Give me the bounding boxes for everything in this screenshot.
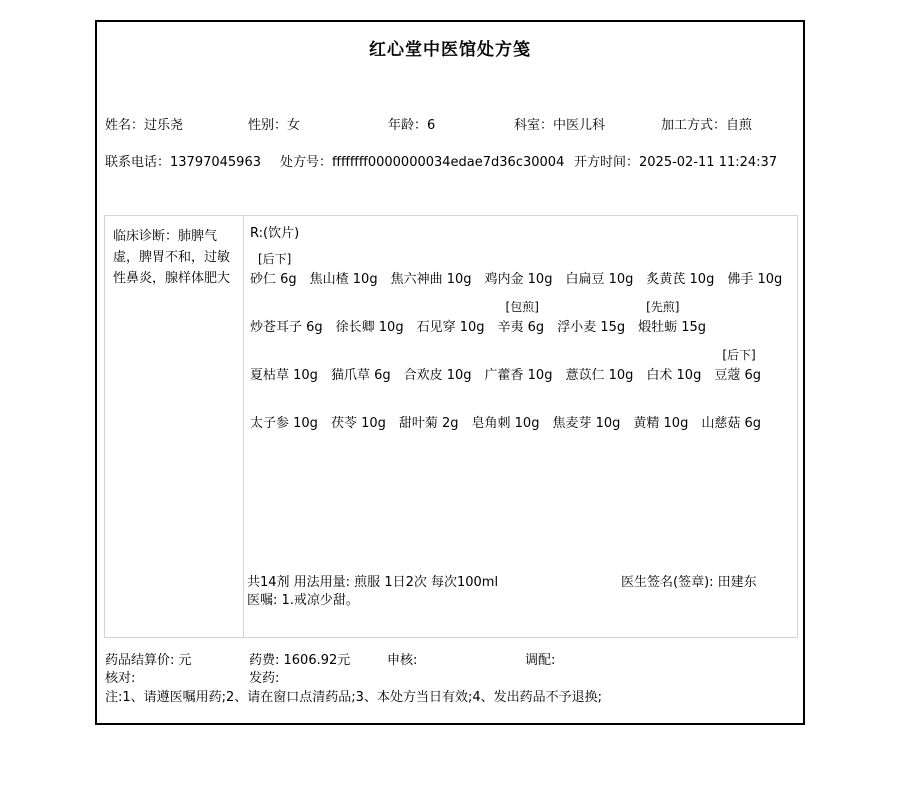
- herb-name-qty: 佛手 10g: [727, 270, 782, 290]
- diagnosis-label: 临床诊断：: [113, 229, 178, 244]
- patient-gender-field: 性别：女: [248, 114, 300, 133]
- herb-name-qty: 夏枯草 10g: [250, 366, 318, 386]
- issue-time-label: 开方时间：: [574, 155, 639, 170]
- herb-item: 茯苓 10g: [331, 392, 386, 434]
- herb-decoction-note: [485, 248, 553, 270]
- patient-age-value: 6: [427, 118, 435, 133]
- patient-name-field: 姓名：过乐尧: [105, 114, 183, 133]
- herb-decoction-note: [250, 344, 318, 366]
- herb-row: 夏枯草 10g 猫爪草 6g 合欢皮 10g 广藿香 10g 薏苡仁 10g 白…: [250, 344, 793, 386]
- herb-decoction-note: [331, 392, 386, 414]
- herb-decoction-note: [417, 296, 485, 318]
- herb-item: 黄精 10g: [633, 392, 688, 434]
- herb-decoction-note: [646, 344, 701, 366]
- herb-decoction-note: [250, 296, 323, 318]
- herb-item: 焦麦芽 10g: [552, 392, 620, 434]
- herb-item: 焦山楂 10g: [310, 248, 378, 290]
- herb-item: 石见穿 10g: [417, 296, 485, 338]
- herb-decoction-note: [包煎]: [498, 296, 545, 318]
- herb-name-qty: 太子参 10g: [250, 414, 318, 434]
- herb-decoction-note: [336, 296, 404, 318]
- rx-number-label: 处方号：: [280, 155, 332, 170]
- page-title: 红心堂中医馆处方笺: [97, 35, 803, 60]
- herb-item: 皂角刺 10g: [472, 392, 540, 434]
- patient-name-label: 姓名：: [105, 118, 144, 133]
- herb-item: 甜叶菊 2g: [399, 392, 459, 434]
- herb-name-qty: 猫爪草 6g: [331, 366, 391, 386]
- herb-item: 太子参 10g: [250, 392, 318, 434]
- patient-age-field: 年龄：6: [388, 114, 435, 133]
- herb-item: [后下]豆蔻 6g: [714, 344, 761, 386]
- fee-value: 1606.92元: [284, 653, 351, 668]
- check-label: 核对:: [105, 671, 135, 686]
- settle-price-label: 药品结算价:: [105, 653, 179, 668]
- doctor-advice: 医嘱: 1.戒凉少甜。: [247, 592, 617, 610]
- herb-name-qty: 炙黄芪 10g: [646, 270, 714, 290]
- processing-method-label: 加工方式：: [661, 118, 726, 133]
- herb-name-qty: 合欢皮 10g: [404, 366, 472, 386]
- settle-price-field: 药品结算价: 元: [105, 649, 192, 668]
- rx-number-value: ffffffff0000000034edae7d36c30004: [332, 155, 564, 170]
- herb-decoction-note: [391, 248, 472, 270]
- dispense-label: 发药:: [249, 671, 279, 686]
- rx-number-field: 处方号：ffffffff0000000034edae7d36c30004: [280, 151, 564, 170]
- patient-gender-label: 性别：: [248, 118, 287, 133]
- herb-item: 合欢皮 10g: [404, 344, 472, 386]
- rx-header: R:(饮片): [250, 226, 793, 242]
- patient-department-value: 中医儿科: [553, 118, 605, 133]
- fee-label: 药费:: [249, 653, 284, 668]
- herb-decoction-note: [472, 392, 540, 414]
- herb-name-qty: 鸡内金 10g: [485, 270, 553, 290]
- herb-item: 炙黄芪 10g: [646, 248, 714, 290]
- herb-item: 广藿香 10g: [485, 344, 553, 386]
- patient-department-label: 科室：: [514, 118, 553, 133]
- herb-row: 炒苍耳子 6g 徐长卿 10g 石见穿 10g[包煎]辛夷 6g 浮小麦 15g…: [250, 296, 793, 338]
- diagnosis-panel: 临床诊断：肺脾气虚，脾胃不和，过敏性鼻炎，腺样体肥大: [105, 216, 244, 637]
- usage-summary: 共14剂 用法用量: 煎服 1日2次 每次100ml: [247, 574, 617, 592]
- issue-time-field: 开方时间：2025-02-11 11:24:37: [574, 151, 777, 170]
- patient-gender-value: 女: [287, 118, 300, 133]
- patient-department-field: 科室：中医儿科: [514, 114, 605, 133]
- prescription-sheet: 红心堂中医馆处方笺 姓名：过乐尧 性别：女 年龄：6 科室：中医儿科 加工方式：…: [95, 20, 805, 725]
- herb-name-qty: 白扁豆 10g: [565, 270, 633, 290]
- herb-item: [包煎]辛夷 6g: [498, 296, 545, 338]
- doctor-signature: 医生签名(签章): 田建东: [621, 574, 779, 592]
- phone-field: 联系电话：13797045963: [105, 151, 261, 170]
- herb-item: 炒苍耳子 6g: [250, 296, 323, 338]
- phone-value: 13797045963: [170, 155, 261, 170]
- herb-lines: [后下]砂仁 6g 焦山楂 10g 焦六神曲 10g 鸡内金 10g 白扁豆 1…: [250, 248, 793, 434]
- herb-name-qty: 石见穿 10g: [417, 318, 485, 338]
- usage-block: 共14剂 用法用量: 煎服 1日2次 每次100ml 医嘱: 1.戒凉少甜。: [247, 574, 617, 610]
- herb-item: 猫爪草 6g: [331, 344, 391, 386]
- patient-name-value: 过乐尧: [144, 118, 183, 133]
- herb-item: 白扁豆 10g: [565, 248, 633, 290]
- herb-item: 夏枯草 10g: [250, 344, 318, 386]
- herb-decoction-note: [331, 344, 391, 366]
- processing-method-value: 自煎: [726, 118, 752, 133]
- herb-name-qty: 焦六神曲 10g: [391, 270, 472, 290]
- herb-name-qty: 薏苡仁 10g: [565, 366, 633, 386]
- herb-decoction-note: [404, 344, 472, 366]
- herb-item: 浮小麦 15g: [557, 296, 625, 338]
- herb-item: 白术 10g: [646, 344, 701, 386]
- herb-name-qty: 广藿香 10g: [485, 366, 553, 386]
- herb-name-qty: 黄精 10g: [633, 414, 688, 434]
- herb-decoction-note: [552, 392, 620, 414]
- herb-decoction-note: [399, 392, 459, 414]
- herb-name-qty: 焦麦芽 10g: [552, 414, 620, 434]
- herb-name-qty: 甜叶菊 2g: [399, 414, 459, 434]
- fee-field: 药费: 1606.92元: [249, 649, 350, 668]
- review-field: 申核:: [387, 649, 417, 668]
- herb-item: 徐长卿 10g: [336, 296, 404, 338]
- prescription-box: 临床诊断：肺脾气虚，脾胃不和，过敏性鼻炎，腺样体肥大 R:(饮片) [后下]砂仁…: [104, 215, 798, 638]
- prepare-label: 调配:: [525, 653, 555, 668]
- herb-item: [先煎]煅牡蛎 15g: [638, 296, 706, 338]
- herb-item: 佛手 10g: [727, 248, 782, 290]
- herb-decoction-note: [565, 248, 633, 270]
- herb-name-qty: 豆蔻 6g: [714, 366, 761, 386]
- herb-name-qty: 辛夷 6g: [498, 318, 545, 338]
- herb-decoction-note: [565, 344, 633, 366]
- herb-decoction-note: [701, 392, 761, 414]
- prepare-field: 调配:: [525, 649, 555, 668]
- herb-decoction-note: [485, 344, 553, 366]
- doctor-signature-value: 田建东: [718, 575, 757, 590]
- patient-age-label: 年龄：: [388, 118, 427, 133]
- settle-price-value: 元: [179, 653, 192, 668]
- herb-name-qty: 徐长卿 10g: [336, 318, 404, 338]
- footer-note: 注:1、请遵医嘱用药;2、请在窗口点清药品;3、本处方当日有效;4、发出药品不予…: [105, 686, 602, 705]
- herb-item: 鸡内金 10g: [485, 248, 553, 290]
- herb-name-qty: 砂仁 6g: [250, 270, 297, 290]
- herb-decoction-note: [后下]: [250, 248, 297, 270]
- herb-name-qty: 皂角刺 10g: [472, 414, 540, 434]
- herb-name-qty: 茯苓 10g: [331, 414, 386, 434]
- herb-decoction-note: [后下]: [714, 344, 761, 366]
- herb-name-qty: 浮小麦 15g: [557, 318, 625, 338]
- herb-item: 薏苡仁 10g: [565, 344, 633, 386]
- herb-row: [后下]砂仁 6g 焦山楂 10g 焦六神曲 10g 鸡内金 10g 白扁豆 1…: [250, 248, 793, 290]
- herb-item: [后下]砂仁 6g: [250, 248, 297, 290]
- dispense-field: 发药:: [249, 667, 279, 686]
- herb-decoction-note: [557, 296, 625, 318]
- herb-name-qty: 炒苍耳子 6g: [250, 318, 323, 338]
- processing-method-field: 加工方式：自煎: [661, 114, 752, 133]
- doctor-signature-label: 医生签名(签章):: [621, 575, 718, 590]
- herb-name-qty: 山慈菇 6g: [701, 414, 761, 434]
- herb-decoction-note: [250, 392, 318, 414]
- herb-row: 太子参 10g 茯苓 10g 甜叶菊 2g 皂角刺 10g 焦麦芽 10g 黄精…: [250, 392, 793, 434]
- herb-decoction-note: [先煎]: [638, 296, 706, 318]
- herb-item: 焦六神曲 10g: [391, 248, 472, 290]
- herb-name-qty: 白术 10g: [646, 366, 701, 386]
- herb-item: 山慈菇 6g: [701, 392, 761, 434]
- issue-time-value: 2025-02-11 11:24:37: [639, 155, 777, 170]
- check-field: 核对:: [105, 667, 135, 686]
- herb-decoction-note: [646, 248, 714, 270]
- herb-name-qty: 焦山楂 10g: [310, 270, 378, 290]
- phone-label: 联系电话：: [105, 155, 170, 170]
- review-label: 申核:: [387, 653, 417, 668]
- herb-decoction-note: [633, 392, 688, 414]
- herb-decoction-note: [727, 248, 782, 270]
- herb-decoction-note: [310, 248, 378, 270]
- herb-name-qty: 煅牡蛎 15g: [638, 318, 706, 338]
